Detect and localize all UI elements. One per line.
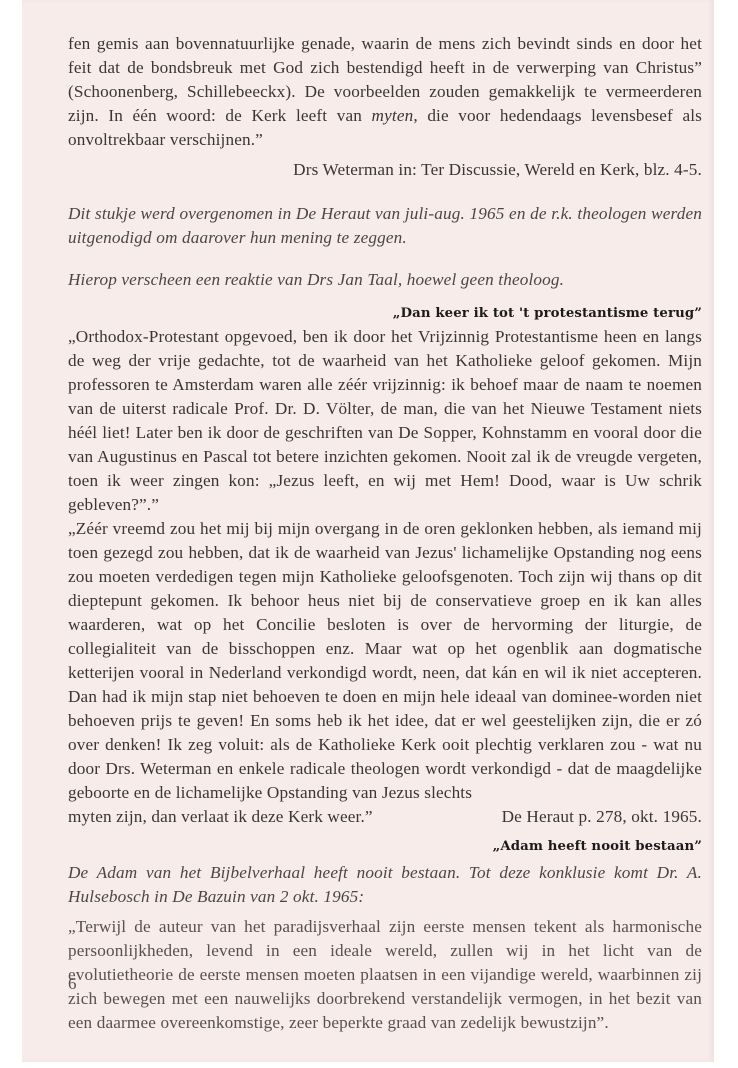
article2-quote: „Terwijl de auteur van het paradijsverha…: [68, 915, 702, 1035]
heraut-citation: De Heraut p. 278, okt. 1965.: [502, 805, 702, 829]
reaction-intro: Hierop verscheen een reaktie van Drs Jan…: [68, 268, 702, 292]
editorial-note: Dit stukje werd overgenomen in De Heraut…: [68, 202, 702, 250]
article-heading-protestantism: „Dan keer ik tot 't protestantisme terug…: [68, 304, 702, 324]
emphasis-myten: myten: [372, 106, 414, 125]
document-page: fen gemis aan bovennatuurlijke genade, w…: [22, 0, 714, 1062]
page-content: fen gemis aan bovennatuurlijke genade, w…: [68, 32, 702, 1035]
article1-last-line: myten zijn, dan verlaat ik deze Kerk wee…: [68, 805, 373, 829]
weterman-citation: Drs Weterman in: Ter Discussie, Wereld e…: [68, 158, 702, 182]
article2-intro: De Adam van het Bijbelverhaal heeft nooi…: [68, 861, 702, 909]
article1-paragraph-2: „Zéér vreemd zou het mij bij mijn overga…: [68, 517, 702, 805]
opening-paragraph: fen gemis aan bovennatuurlijke genade, w…: [68, 32, 702, 152]
article-heading-adam: „Adam heeft nooit bestaan”: [68, 837, 702, 857]
article1-paragraph-1: „Orthodox-Protestant opgevoed, ben ik do…: [68, 325, 702, 517]
page-number: 6: [68, 974, 77, 994]
article1-closing-line: myten zijn, dan verlaat ik deze Kerk wee…: [68, 805, 702, 829]
